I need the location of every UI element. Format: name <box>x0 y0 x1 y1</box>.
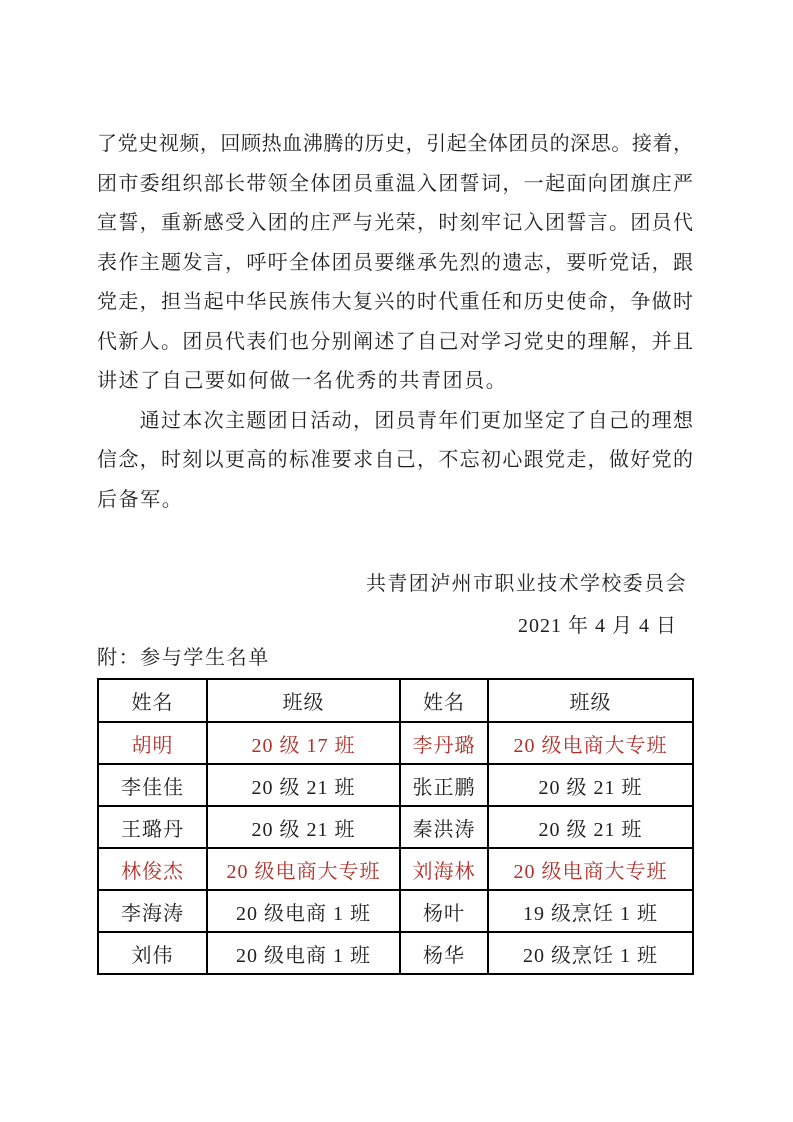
body-line: 代新人。团员代表们也分别阐述了自己对学习党史的理解，并且 <box>97 323 693 363</box>
table-row: 李海涛 20 级电商 1 班 杨叶 19 级烹饪 1 班 <box>98 890 693 932</box>
attachment-label: 附：参与学生名单 <box>97 638 270 678</box>
table-row: 刘伟 20 级电商 1 班 杨华 20 级烹饪 1 班 <box>98 932 693 974</box>
body-line: 表作主题发言，呼吁全体团员要继承先烈的遗志，要听党话，跟 <box>97 244 693 284</box>
table-cell: 王璐丹 <box>98 806 207 848</box>
table-cell: 杨华 <box>400 932 488 974</box>
table-cell: 20 级电商 1 班 <box>207 932 400 974</box>
table-cell: 林俊杰 <box>98 848 207 890</box>
body-line: 宣誓，重新感受入团的庄严与光荣，时刻牢记入团誓言。团员代 <box>97 204 693 244</box>
table-cell: 20 级 21 班 <box>488 806 693 848</box>
body-text: 了党史视频，回顾热血沸腾的历史，引起全体团员的深思。接着， 团市委组织部长带领全… <box>97 125 693 520</box>
table-cell: 20 级 21 班 <box>488 764 693 806</box>
table-cell: 李丹璐 <box>400 722 488 764</box>
body-line: 后备军。 <box>97 481 693 521</box>
table-cell: 刘伟 <box>98 932 207 974</box>
signature-org: 共青团泸州市职业技术学校委员会 <box>97 564 693 604</box>
table-header-cell: 班级 <box>207 679 400 722</box>
table-cell: 胡明 <box>98 722 207 764</box>
document-page: 了党史视频，回顾热血沸腾的历史，引起全体团员的深思。接着， 团市委组织部长带领全… <box>0 0 793 1122</box>
table-header-cell: 班级 <box>488 679 693 722</box>
body-line: 讲述了自己要如何做一名优秀的共青团员。 <box>97 362 693 402</box>
table-cell: 秦洪涛 <box>400 806 488 848</box>
table-cell: 李佳佳 <box>98 764 207 806</box>
body-line: 了党史视频，回顾热血沸腾的历史，引起全体团员的深思。接着， <box>97 125 693 165</box>
participants-table: 姓名 班级 姓名 班级 胡明 20 级 17 班 李丹璐 20 级电商大专班 李… <box>97 678 694 975</box>
table-row: 胡明 20 级 17 班 李丹璐 20 级电商大专班 <box>98 722 693 764</box>
table-cell: 张正鹏 <box>400 764 488 806</box>
table-cell: 19 级烹饪 1 班 <box>488 890 693 932</box>
body-line: 通过本次主题团日活动，团员青年们更加坚定了自己的理想 <box>97 402 693 442</box>
table-cell: 20 级 17 班 <box>207 722 400 764</box>
table-cell: 20 级 21 班 <box>207 806 400 848</box>
table-cell: 杨叶 <box>400 890 488 932</box>
table-row: 王璐丹 20 级 21 班 秦洪涛 20 级 21 班 <box>98 806 693 848</box>
table-row: 李佳佳 20 级 21 班 张正鹏 20 级 21 班 <box>98 764 693 806</box>
table-cell: 李海涛 <box>98 890 207 932</box>
table-header-cell: 姓名 <box>98 679 207 722</box>
table-cell: 20 级电商大专班 <box>488 722 693 764</box>
body-line: 信念，时刻以更高的标准要求自己，不忘初心跟党走，做好党的 <box>97 441 693 481</box>
table-cell: 刘海林 <box>400 848 488 890</box>
body-line: 团市委组织部长带领全体团员重温入团誓词，一起面向团旗庄严 <box>97 165 693 205</box>
table-cell: 20 级 21 班 <box>207 764 400 806</box>
table-header-cell: 姓名 <box>400 679 488 722</box>
table-row: 林俊杰 20 级电商大专班 刘海林 20 级电商大专班 <box>98 848 693 890</box>
table-cell: 20 级烹饪 1 班 <box>488 932 693 974</box>
table-cell: 20 级电商 1 班 <box>207 890 400 932</box>
table-cell: 20 级电商大专班 <box>488 848 693 890</box>
body-line: 党走，担当起中华民族伟大复兴的时代重任和历史使命，争做时 <box>97 283 693 323</box>
table-header-row: 姓名 班级 姓名 班级 <box>98 679 693 722</box>
table-cell: 20 级电商大专班 <box>207 848 400 890</box>
